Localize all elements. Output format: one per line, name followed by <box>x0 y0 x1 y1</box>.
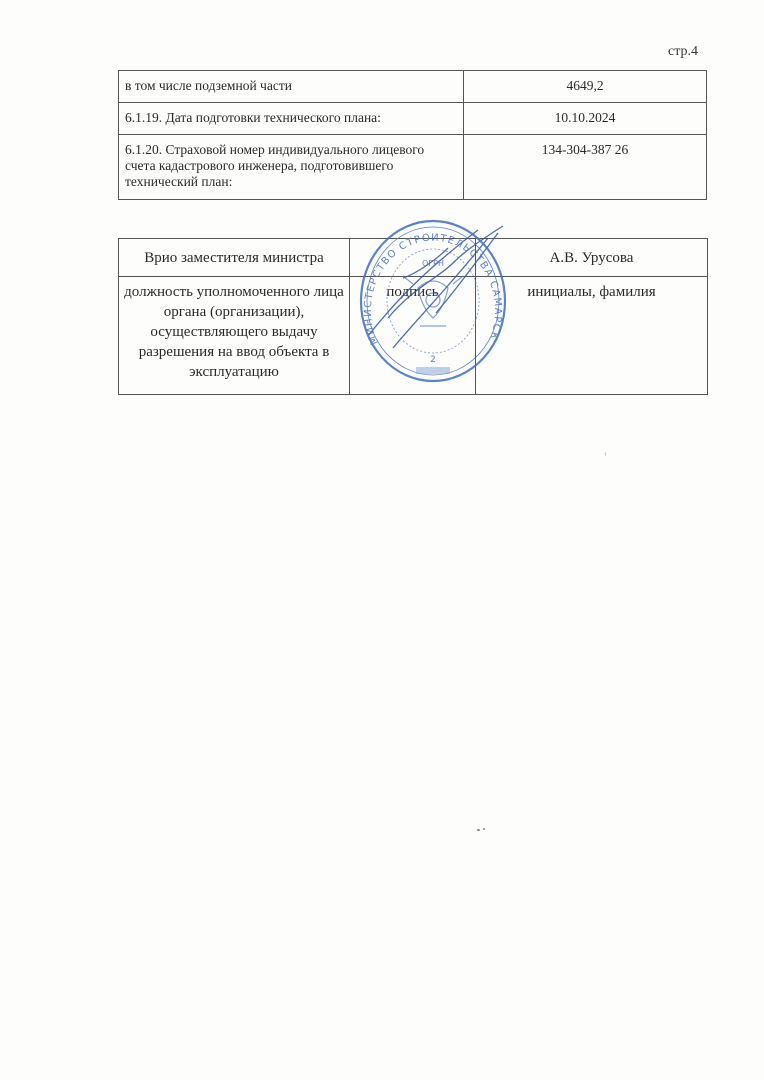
name-caption: инициалы, фамилия <box>476 277 708 395</box>
official-name: А.В. Урусова <box>476 239 708 277</box>
scan-artifact <box>605 452 606 456</box>
table-row: 6.1.20. Страховой номер индивидуального … <box>119 135 707 200</box>
signature-row: Врио заместителя министра А.В. Урусова <box>119 239 708 277</box>
row-label: 6.1.20. Страховой номер индивидуального … <box>119 135 464 200</box>
row-value: 4649,2 <box>464 71 707 103</box>
row-value: 10.10.2024 <box>464 103 707 135</box>
caption-row: должность уполномоченного лица органа (о… <box>119 277 708 395</box>
row-value: 134-304-387 26 <box>464 135 707 200</box>
signature-cell <box>350 239 476 277</box>
signature-caption: подпись <box>350 277 476 395</box>
row-label: в том числе подземной части <box>119 71 464 103</box>
official-position: Врио заместителя министра <box>119 239 350 277</box>
table-row: 6.1.19. Дата подготовки технического пла… <box>119 103 707 135</box>
scan-artifact <box>477 829 480 831</box>
row-label: 6.1.19. Дата подготовки технического пла… <box>119 103 464 135</box>
details-table: в том числе подземной части 4649,2 6.1.1… <box>118 70 707 200</box>
scan-artifact <box>483 828 485 830</box>
signature-table: Врио заместителя министра А.В. Урусова д… <box>118 238 708 395</box>
page-number: стр.4 <box>668 44 698 60</box>
position-caption: должность уполномоченного лица органа (о… <box>119 277 350 395</box>
table-row: в том числе подземной части 4649,2 <box>119 71 707 103</box>
